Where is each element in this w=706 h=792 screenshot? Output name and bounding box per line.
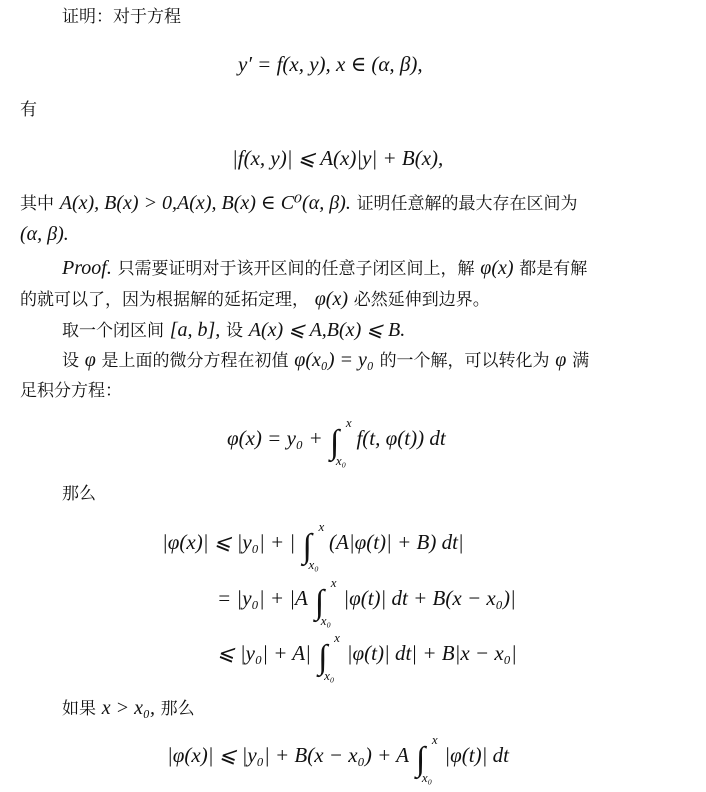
integral-sign: ∫xx₀ [302,532,311,562]
final-lhs: |φ(x)| ⩽ |y₀| + B(x − x₀) + A [167,743,409,767]
condition-line: 其中 A(x), B(x) > 0,A(x), B(x) ∈ C⁰(α, β).… [20,192,578,215]
upper-limit: x [346,416,352,429]
intro-text: 证明：对于方程 [62,7,181,27]
proof-text-2b: 必然延伸到边界。 [354,290,490,310]
integral-eq-lhs: φ(x) = y₀ + [227,426,323,450]
intro-line: 证明：对于方程 [62,6,181,28]
integral-equation: φ(x) = y₀ + ∫xx₀ f(t, φ(t)) dt [227,426,446,458]
align-2-lhs: = |y₀| + |A [217,586,307,610]
if-text-b: 那么 [161,699,195,719]
closed-text-a: 取一个闭区间 [62,321,164,341]
proof-line-2: 的就可以了，因为根据解的延拓定理， φ(x) 必然延伸到边界。 [20,288,490,311]
upper-limit: x [318,520,324,533]
integral-sign: ∫xx₀ [318,643,327,673]
final-inequality: |φ(x)| ⩽ |y₀| + B(x − x₀) + A ∫xx₀ |φ(t)… [167,743,509,775]
then-text: 那么 [62,484,96,504]
align-1-lhs: |φ(x)| ⩽ |y₀| + | [162,530,295,554]
let-text-line2: 足积分方程： [20,381,122,401]
proof-text-1b: 都是有解 [519,259,587,279]
let-initial: φ(x₀) = y₀ [294,349,374,371]
proof-label: Proof. [62,257,112,279]
let-text-d: 满 [572,351,589,371]
condition-text: 证明任意解的最大存在区间为 [357,194,578,214]
if-text-a: 如果 [62,699,96,719]
lower-limit: x₀ [422,771,432,784]
lower-limit: x₀ [324,669,334,682]
then-line: 那么 [62,483,96,505]
closed-text-b: 设 [226,321,243,341]
final-rhs: |φ(t)| dt [444,743,509,767]
let-text-b: 是上面的微分方程在初值 [102,351,289,371]
upper-limit: x [331,576,337,589]
closed-math-1: [a, b], [170,319,221,341]
upper-limit: x [432,733,438,746]
proof-math-2: φ(x) [315,288,348,310]
proof-line-1: Proof. 只需要证明对于该开区间的任意子闭区间上，解 φ(x) 都是有解 [62,257,587,280]
let-line-2: 足积分方程： [20,380,122,402]
upper-limit: x [334,631,340,644]
equation-bound: |f(x, y)| ⩽ A(x)|y| + B(x), [232,146,443,171]
if-line: 如果 x > x₀, 那么 [62,697,195,720]
align-row-2: = |y₀| + |A ∫xx₀ |φ(t)| dt + B(x − x₀)| [217,586,516,618]
condition-end-line: (α, β). [20,223,69,246]
condition-prefix: 其中 [20,194,54,214]
lower-limit: x₀ [321,614,331,627]
let-phi: φ [85,349,96,371]
integral-eq-rhs: f(t, φ(t)) dt [356,426,445,450]
integral-sign: ∫xx₀ [315,588,324,618]
align-1-rhs: (A|φ(t)| + B) dt| [329,530,464,554]
document-page: 证明：对于方程 y′ = f(x, y), x ∈ (α, β), 有 |f(x… [0,0,706,792]
equation-ode: y′ = f(x, y), x ∈ (α, β), [238,52,423,77]
let-text-a: 设 [62,351,79,371]
integral-sign: ∫xx₀ [416,745,425,775]
integral-sign: ∫xx₀ [330,428,339,458]
align-row-3: ⩽ |y₀| + A| ∫xx₀ |φ(t)| dt| + B|x − x₀| [217,641,517,673]
lower-limit: x₀ [308,558,318,571]
condition-end: (α, β). [20,223,69,245]
has-line: 有 [20,99,37,121]
lower-limit: x₀ [336,454,346,467]
proof-text-1a: 只需要证明对于该开区间的任意子闭区间上，解 [118,259,475,279]
align-3-lhs: ⩽ |y₀| + A| [217,641,311,665]
closed-interval-line: 取一个闭区间 [a, b], 设 A(x) ⩽ A,B(x) ⩽ B. [62,319,405,342]
let-phi-2: φ [555,349,566,371]
has-text: 有 [20,100,37,120]
align-row-1: |φ(x)| ⩽ |y₀| + | ∫xx₀ (A|φ(t)| + B) dt| [162,530,464,562]
if-math: x > x₀, [102,697,155,719]
align-2-rhs: |φ(t)| dt + B(x − x₀)| [343,586,515,610]
let-line-1: 设 φ 是上面的微分方程在初值 φ(x₀) = y₀ 的一个解，可以转化为 φ … [62,349,589,372]
condition-math: A(x), B(x) > 0,A(x), B(x) ∈ C⁰(α, β). [60,192,351,214]
align-3-rhs: |φ(t)| dt| + B|x − x₀| [347,641,517,665]
proof-math-1: φ(x) [480,257,513,279]
proof-text-2a: 的就可以了，因为根据解的延拓定理， [20,290,309,310]
closed-math-2: A(x) ⩽ A,B(x) ⩽ B. [249,319,405,341]
let-text-c: 的一个解，可以转化为 [380,351,550,371]
